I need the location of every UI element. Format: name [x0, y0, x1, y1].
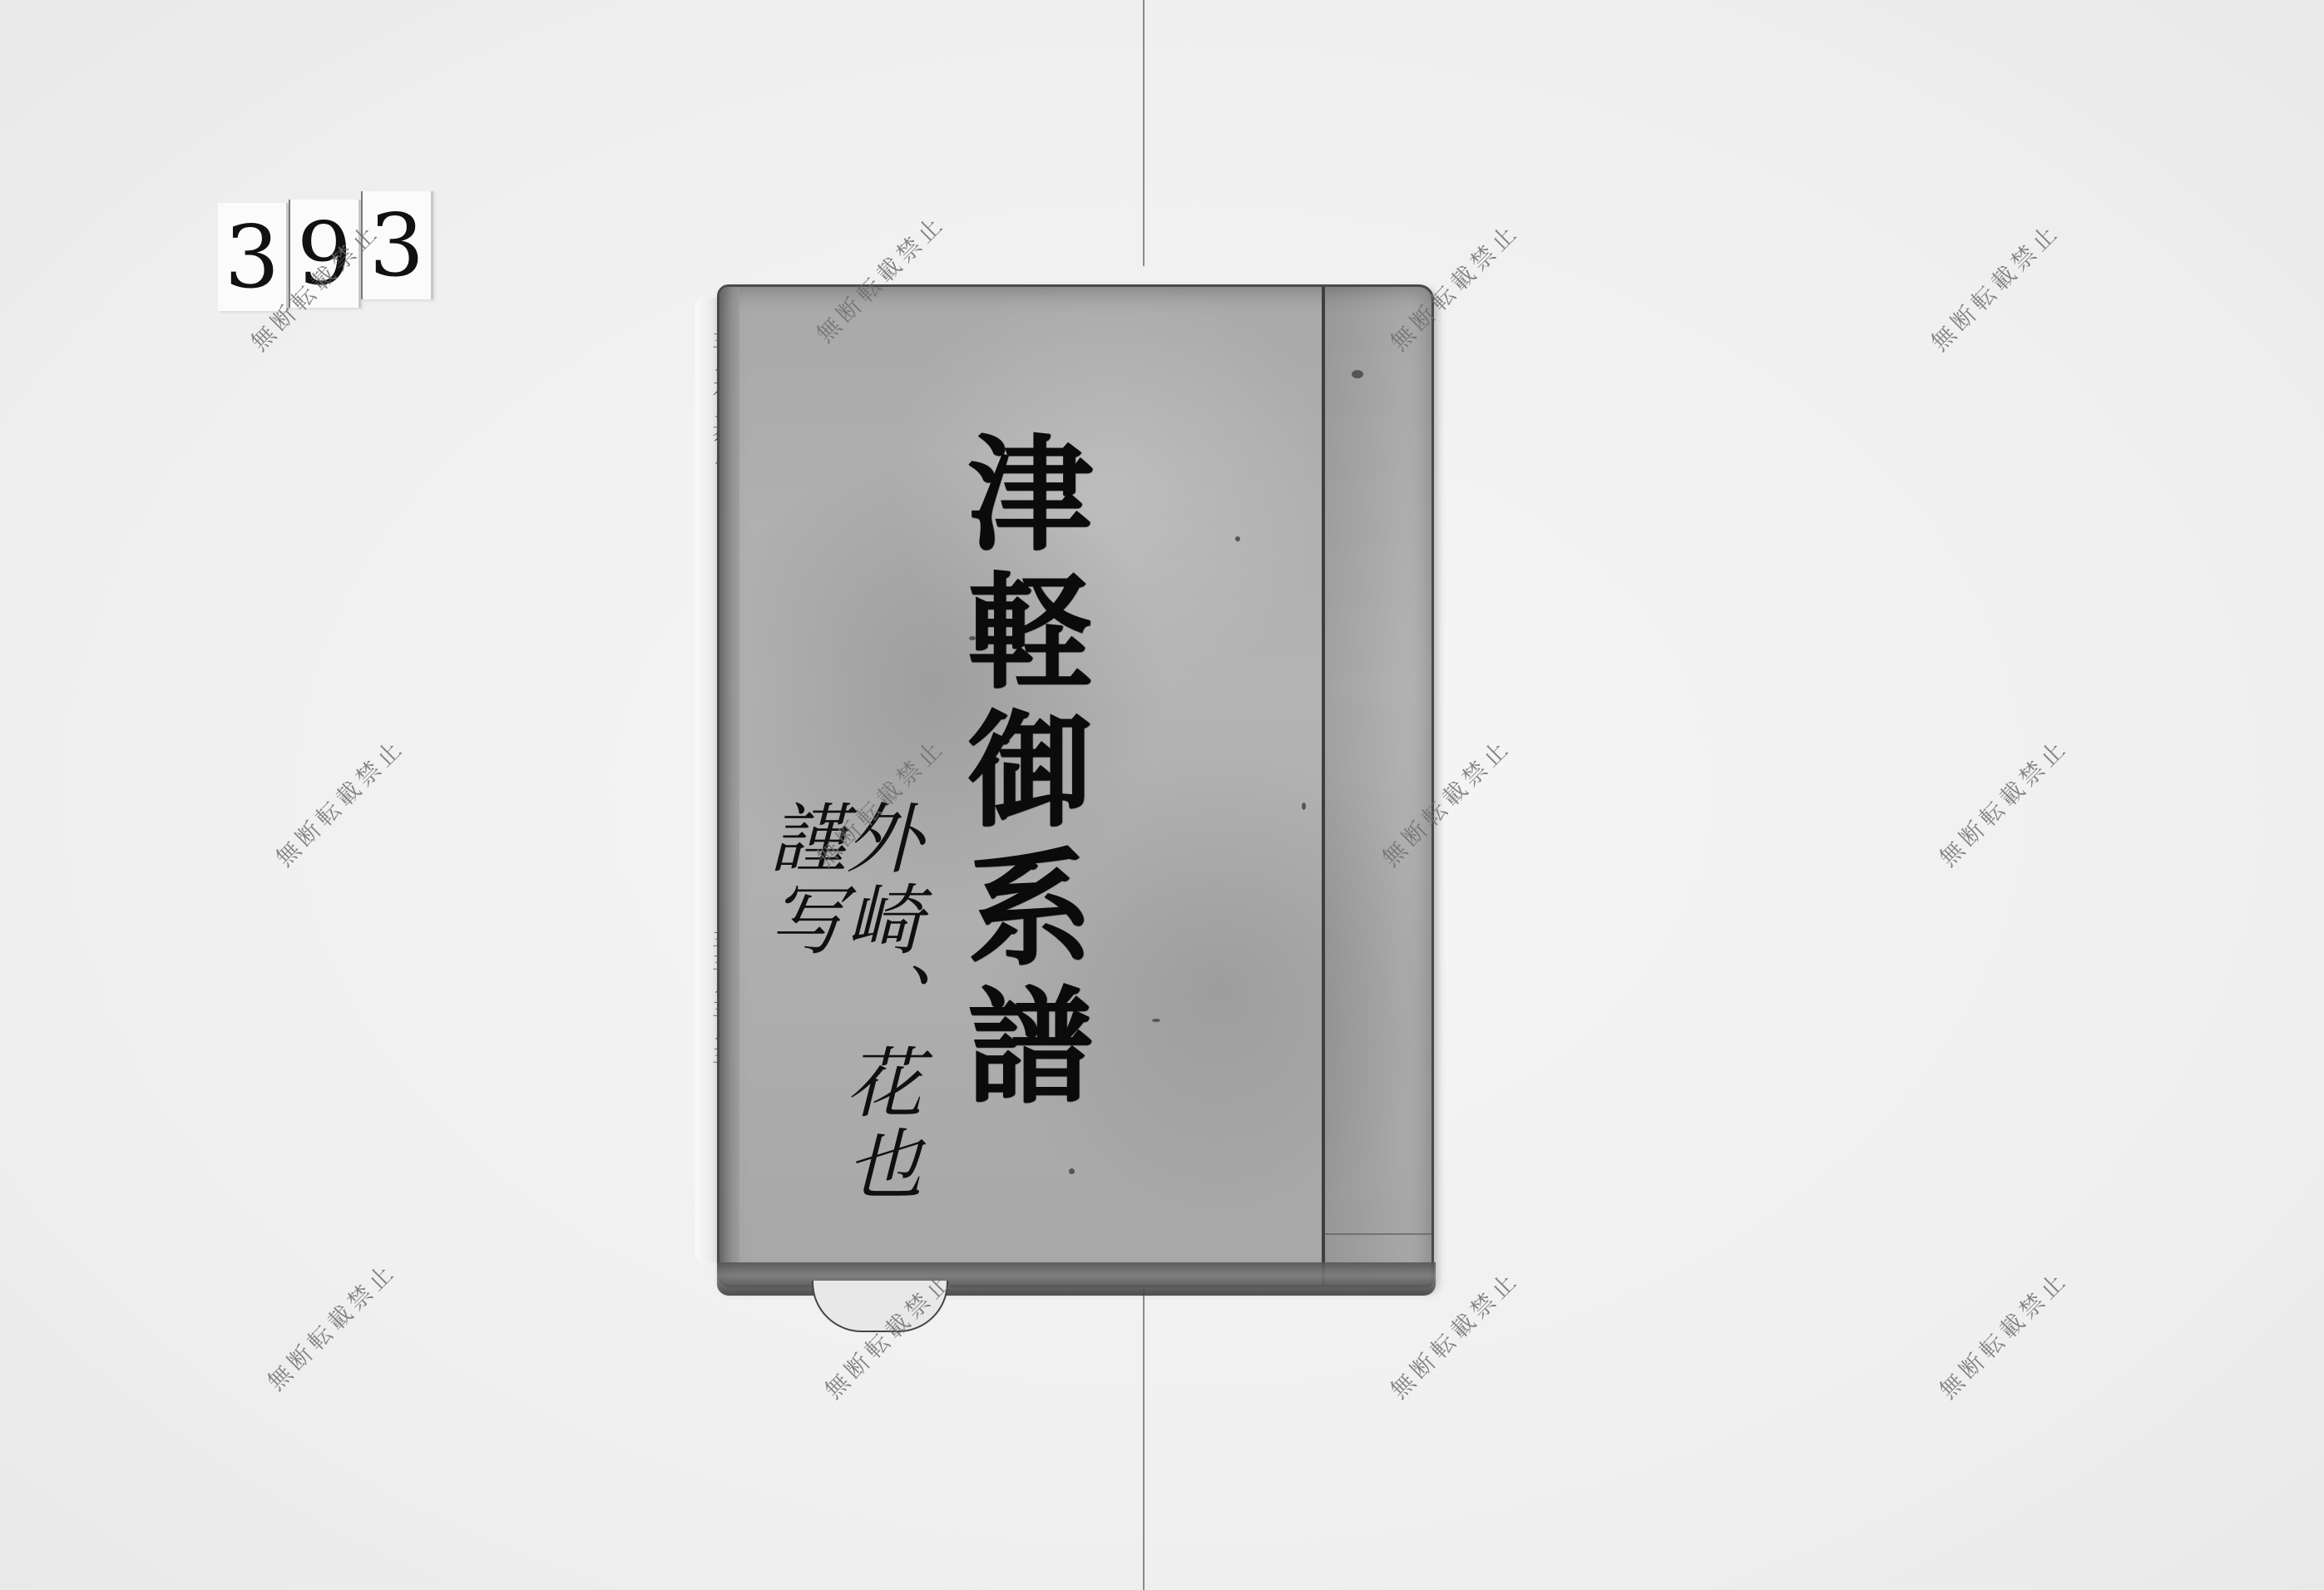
- cover-binding-edge: [719, 287, 739, 1285]
- paper-speck: [969, 636, 976, 640]
- catalog-digit: 3: [218, 203, 289, 311]
- paper-speck: [1352, 370, 1363, 378]
- book-cover: 津軽御系譜 外崎、花也謹写: [717, 284, 1434, 1287]
- center-fold-line-bottom: [1143, 1281, 1145, 1590]
- paper-speck: [1152, 1019, 1160, 1022]
- center-fold-line-top: [1143, 0, 1145, 266]
- flap-fold-line: [1325, 1233, 1431, 1235]
- paper-speck: [1302, 802, 1306, 810]
- paper-speck: [1069, 1168, 1075, 1174]
- paper-speck: [1235, 536, 1240, 541]
- copyist-inscription: 外崎、花也謹写: [763, 798, 916, 1285]
- cover-spine-flap: [1322, 287, 1431, 1285]
- book-title: 津軽御系譜: [957, 428, 1081, 1118]
- book: 三ノ九ノ茶ノ 三三ノ三ノ三 津軽御系譜 外崎、花也謹写: [695, 264, 1436, 1296]
